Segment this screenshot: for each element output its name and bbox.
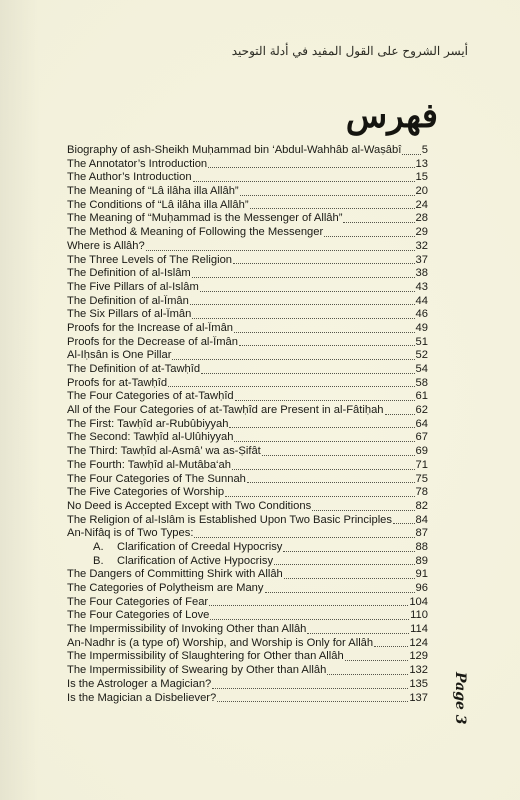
toc-entry[interactable]: The Method & Meaning of Following the Me… bbox=[67, 226, 428, 240]
toc-entry[interactable]: The Three Levels of The Religion37 bbox=[67, 254, 428, 268]
toc-entry-title: Biography of ash-Sheikh Muḥammad bin ‘Ab… bbox=[67, 144, 401, 158]
dot-leader bbox=[393, 522, 415, 524]
dot-leader bbox=[324, 235, 414, 237]
toc-entry[interactable]: The Fourth: Tawḥîd al-Mutâba‘ah71 bbox=[67, 459, 428, 473]
toc-entry-page-number: 43 bbox=[416, 281, 428, 295]
dot-leader bbox=[208, 166, 414, 168]
toc-entry[interactable]: Is the Astrologer a Magician?135 bbox=[67, 678, 428, 692]
toc-entry-page-number: 46 bbox=[416, 308, 428, 322]
running-header-arabic: أيسر الشروح على القول المفيد في أدلة الت… bbox=[220, 44, 468, 58]
toc-entry[interactable]: A.Clarification of Creedal Hypocrisy88 bbox=[67, 541, 428, 555]
toc-entry[interactable]: The Definition of al-Islâm38 bbox=[67, 267, 428, 281]
toc-entry-title: The Five Pillars of al-Islâm bbox=[67, 281, 199, 295]
toc-entry-page-number: 5 bbox=[422, 144, 428, 158]
toc-entry-page-number: 91 bbox=[416, 568, 428, 582]
toc-entry[interactable]: The Categories of Polytheism are Many96 bbox=[67, 582, 428, 596]
toc-entry[interactable]: The Meaning of “Muḥammad is the Messenge… bbox=[67, 212, 428, 226]
toc-entry-page-number: 137 bbox=[409, 692, 428, 706]
toc-entry-page-number: 67 bbox=[416, 431, 428, 445]
toc-entry[interactable]: The Four Categories of Fear104 bbox=[67, 596, 428, 610]
toc-entry[interactable]: The Five Categories of Worship78 bbox=[67, 486, 428, 500]
toc-entry-page-number: 78 bbox=[416, 486, 428, 500]
toc-entry-page-number: 96 bbox=[416, 582, 428, 596]
toc-entry[interactable]: An-Nifâq is of Two Types:87 bbox=[67, 527, 428, 541]
toc-entry[interactable]: The Impermissibility of Slaughtering for… bbox=[67, 650, 428, 664]
toc-entry-page-number: 20 bbox=[416, 185, 428, 199]
dot-leader bbox=[193, 180, 415, 182]
toc-entry-page-number: 52 bbox=[416, 349, 428, 363]
toc-entry-page-number: 110 bbox=[410, 609, 428, 623]
toc-entry[interactable]: The Impermissibility of Swearing by Othe… bbox=[67, 664, 428, 678]
toc-entry-page-number: 89 bbox=[416, 555, 428, 569]
toc-entry[interactable]: The Five Pillars of al-Islâm43 bbox=[67, 281, 428, 295]
dot-leader bbox=[234, 440, 414, 442]
toc-entry[interactable]: The Four Categories of at-Tawḥîd61 bbox=[67, 390, 428, 404]
dot-leader bbox=[250, 207, 415, 209]
toc-entry-title: Clarification of Creedal Hypocrisy bbox=[117, 541, 282, 555]
toc-entry-title: The Definition of at-Tawḥîd bbox=[67, 363, 200, 377]
toc-entry-page-number: 54 bbox=[416, 363, 428, 377]
toc-entry-title: The Definition of al-Îmân bbox=[67, 295, 189, 309]
toc-entry[interactable]: The Dangers of Committing Shirk with All… bbox=[67, 568, 428, 582]
toc-entry-title: The Three Levels of The Religion bbox=[67, 254, 232, 268]
dot-leader bbox=[307, 632, 409, 634]
toc-entry-page-number: 71 bbox=[416, 459, 428, 473]
toc-entry-page-number: 124 bbox=[409, 637, 428, 651]
book-page: أيسر الشروح على القول المفيد في أدلة الت… bbox=[0, 0, 520, 800]
toc-entry-marker: B. bbox=[93, 555, 117, 569]
dot-leader bbox=[235, 399, 415, 401]
toc-entry-page-number: 58 bbox=[416, 377, 428, 391]
dot-leader bbox=[274, 563, 414, 565]
toc-entry-title: The Second: Tawḥîd al-Ulûhiyyah bbox=[67, 431, 233, 445]
toc-entry[interactable]: The Meaning of “Lâ ilâha illa Allâh”20 bbox=[67, 185, 428, 199]
toc-entry[interactable]: Where is Allâh?32 bbox=[67, 240, 428, 254]
toc-entry-page-number: 82 bbox=[416, 500, 428, 514]
toc-entry-title: Proofs for the Decrease of al-Îmân bbox=[67, 336, 238, 350]
toc-entry-page-number: 129 bbox=[409, 650, 428, 664]
toc-entry-title: The Four Categories of Fear bbox=[67, 596, 208, 610]
toc-entry[interactable]: Proofs for at-Tawḥîd58 bbox=[67, 377, 428, 391]
toc-entry-page-number: 104 bbox=[409, 596, 428, 610]
toc-entry-page-number: 114 bbox=[410, 623, 428, 637]
dot-leader bbox=[172, 358, 414, 360]
toc-entry-title: Proofs for the Increase of al-Îmân bbox=[67, 322, 233, 336]
dot-leader bbox=[210, 618, 409, 620]
toc-entry-page-number: 15 bbox=[416, 171, 428, 185]
toc-entry-page-number: 32 bbox=[416, 240, 428, 254]
toc-entry-title: An-Nifâq is of Two Types: bbox=[67, 527, 193, 541]
toc-entry[interactable]: The Definition of al-Îmân44 bbox=[67, 295, 428, 309]
dot-leader bbox=[232, 468, 415, 470]
dot-leader bbox=[168, 385, 414, 387]
toc-entry[interactable]: The Religion of al-Islâm is Established … bbox=[67, 514, 428, 528]
toc-entry-marker: A. bbox=[93, 541, 117, 555]
dot-leader bbox=[192, 276, 415, 278]
toc-entry-title: The Five Categories of Worship bbox=[67, 486, 224, 500]
dot-leader bbox=[212, 687, 408, 689]
table-of-contents: Biography of ash-Sheikh Muḥammad bin ‘Ab… bbox=[67, 144, 428, 705]
toc-entry-title: Where is Allâh? bbox=[67, 240, 145, 254]
toc-entry-title: The Impermissibility of Swearing by Othe… bbox=[67, 664, 326, 678]
toc-entry-page-number: 13 bbox=[416, 158, 428, 172]
toc-entry[interactable]: An-Nadhr is (a type of) Worship, and Wor… bbox=[67, 637, 428, 651]
toc-entry-page-number: 49 bbox=[416, 322, 428, 336]
toc-entry-title: The Third: Tawḥîd al-Asmâ’ wa as-Ṣifât bbox=[67, 445, 261, 459]
toc-entry-title: No Deed is Accepted Except with Two Cond… bbox=[67, 500, 311, 514]
toc-entry[interactable]: Is the Magician a Disbeliever?137 bbox=[67, 692, 428, 706]
toc-entry-title: The Six Pillars of al-Îmân bbox=[67, 308, 191, 322]
dot-leader bbox=[240, 194, 415, 196]
toc-entry-title: The Categories of Polytheism are Many bbox=[67, 582, 264, 596]
dot-leader bbox=[146, 249, 415, 251]
toc-entry-page-number: 84 bbox=[416, 514, 428, 528]
toc-entry-page-number: 44 bbox=[416, 295, 428, 309]
toc-entry[interactable]: No Deed is Accepted Except with Two Cond… bbox=[67, 500, 428, 514]
toc-entry-page-number: 64 bbox=[416, 418, 428, 432]
toc-entry[interactable]: The Third: Tawḥîd al-Asmâ’ wa as-Ṣifât69 bbox=[67, 445, 428, 459]
dot-leader bbox=[233, 262, 415, 264]
toc-entry-title: The Meaning of “Lâ ilâha illa Allâh” bbox=[67, 185, 239, 199]
toc-entry-page-number: 24 bbox=[416, 199, 428, 213]
toc-entry-page-number: 135 bbox=[409, 678, 428, 692]
toc-entry-title: The Meaning of “Muḥammad is the Messenge… bbox=[67, 212, 342, 226]
toc-entry-title: The Four Categories of The Sunnah bbox=[67, 473, 246, 487]
toc-entry-title: The Definition of al-Islâm bbox=[67, 267, 191, 281]
dot-leader bbox=[190, 303, 415, 305]
dot-leader bbox=[374, 645, 408, 647]
toc-entry[interactable]: The Four Categories of Love110 bbox=[67, 609, 428, 623]
toc-entry-title: The Conditions of “Lâ ilâha illa Allâh” bbox=[67, 199, 249, 213]
toc-entry-title: The Author’s Introduction bbox=[67, 171, 192, 185]
toc-entry-title: Is the Magician a Disbeliever? bbox=[67, 692, 216, 706]
dot-leader bbox=[209, 604, 408, 606]
toc-entry-title: Clarification of Active Hypocrisy bbox=[117, 555, 273, 569]
toc-entry-title: The Method & Meaning of Following the Me… bbox=[67, 226, 323, 240]
toc-entry[interactable]: The Second: Tawḥîd al-Ulûhiyyah67 bbox=[67, 431, 428, 445]
dot-leader bbox=[225, 495, 414, 497]
dot-leader bbox=[192, 317, 414, 319]
toc-entry[interactable]: Al-Iḥsân is One Pillar52 bbox=[67, 349, 428, 363]
toc-title-arabic: فهرس bbox=[346, 94, 438, 138]
dot-leader bbox=[284, 577, 415, 579]
toc-entry[interactable]: The Annotator’s Introduction13 bbox=[67, 158, 428, 172]
dot-leader bbox=[247, 481, 415, 483]
toc-entry-title: The Four Categories of at-Tawḥîd bbox=[67, 390, 234, 404]
toc-entry-title: The Impermissibility of Slaughtering for… bbox=[67, 650, 344, 664]
dot-leader bbox=[312, 509, 414, 511]
toc-entry[interactable]: The First: Tawḥîd ar-Rubûbiyyah64 bbox=[67, 418, 428, 432]
toc-entry-title: All of the Four Categories of at-Tawḥîd … bbox=[67, 404, 384, 418]
toc-entry-title: The Impermissibility of Invoking Other t… bbox=[67, 623, 306, 637]
toc-entry-page-number: 37 bbox=[416, 254, 428, 268]
dot-leader bbox=[239, 344, 415, 346]
toc-entry[interactable]: Proofs for the Decrease of al-Îmân51 bbox=[67, 336, 428, 350]
toc-entry[interactable]: The Impermissibility of Invoking Other t… bbox=[67, 623, 428, 637]
toc-entry-page-number: 61 bbox=[416, 390, 428, 404]
dot-leader bbox=[345, 659, 409, 661]
toc-entry-title: Al-Iḥsân is One Pillar bbox=[67, 349, 171, 363]
toc-entry-title: The Fourth: Tawḥîd al-Mutâba‘ah bbox=[67, 459, 231, 473]
dot-leader bbox=[217, 700, 408, 702]
toc-entry[interactable]: The Six Pillars of al-Îmân46 bbox=[67, 308, 428, 322]
toc-entry[interactable]: The Author’s Introduction15 bbox=[67, 171, 428, 185]
toc-entry-page-number: 28 bbox=[416, 212, 428, 226]
dot-leader bbox=[265, 591, 415, 593]
toc-entry-page-number: 38 bbox=[416, 267, 428, 281]
dot-leader bbox=[201, 372, 414, 374]
toc-entry-title: The First: Tawḥîd ar-Rubûbiyyah bbox=[67, 418, 228, 432]
toc-entry-page-number: 75 bbox=[416, 473, 428, 487]
toc-entry-title: An-Nadhr is (a type of) Worship, and Wor… bbox=[67, 637, 373, 651]
toc-entry-page-number: 132 bbox=[409, 664, 428, 678]
dot-leader bbox=[385, 413, 415, 415]
toc-entry-page-number: 69 bbox=[416, 445, 428, 459]
toc-entry[interactable]: The Four Categories of The Sunnah75 bbox=[67, 473, 428, 487]
toc-entry-title: The Dangers of Committing Shirk with All… bbox=[67, 568, 283, 582]
toc-entry[interactable]: Proofs for the Increase of al-Îmân49 bbox=[67, 322, 428, 336]
dot-leader bbox=[343, 221, 414, 223]
toc-entry-page-number: 62 bbox=[416, 404, 428, 418]
dot-leader bbox=[234, 331, 415, 333]
toc-entry[interactable]: B.Clarification of Active Hypocrisy89 bbox=[67, 555, 428, 569]
dot-leader bbox=[194, 536, 414, 538]
toc-entry[interactable]: Biography of ash-Sheikh Muḥammad bin ‘Ab… bbox=[67, 144, 428, 158]
toc-entry-title: The Annotator’s Introduction bbox=[67, 158, 207, 172]
toc-entry-title: The Religion of al-Islâm is Established … bbox=[67, 514, 392, 528]
dot-leader bbox=[283, 550, 414, 552]
dot-leader bbox=[200, 290, 415, 292]
toc-entry-page-number: 87 bbox=[416, 527, 428, 541]
toc-entry[interactable]: The Conditions of “Lâ ilâha illa Allâh”2… bbox=[67, 199, 428, 213]
dot-leader bbox=[229, 426, 414, 428]
toc-entry-title: Proofs for at-Tawḥîd bbox=[67, 377, 167, 391]
dot-leader bbox=[262, 454, 415, 456]
toc-entry[interactable]: All of the Four Categories of at-Tawḥîd … bbox=[67, 404, 428, 418]
dot-leader bbox=[327, 673, 408, 675]
toc-entry-page-number: 88 bbox=[416, 541, 428, 555]
toc-entry-title: The Four Categories of Love bbox=[67, 609, 209, 623]
toc-entry-page-number: 29 bbox=[416, 226, 428, 240]
dot-leader bbox=[402, 153, 420, 155]
toc-entry[interactable]: The Definition of at-Tawḥîd54 bbox=[67, 363, 428, 377]
page-number-label: Page 3 bbox=[452, 672, 468, 725]
toc-entry-title: Is the Astrologer a Magician? bbox=[67, 678, 211, 692]
toc-entry-page-number: 51 bbox=[416, 336, 428, 350]
